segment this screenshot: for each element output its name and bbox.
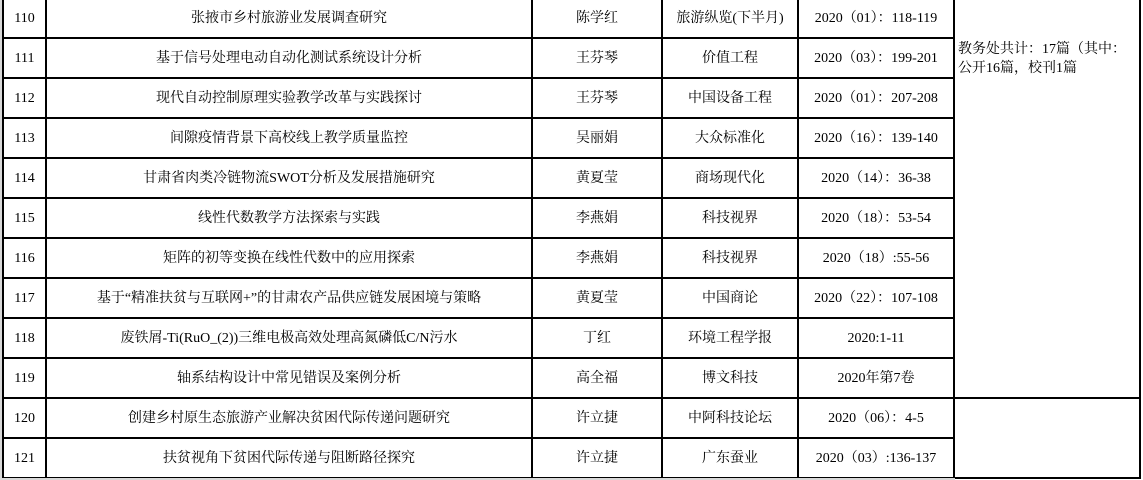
citation-cell: 2020（01）：207-208 <box>799 79 955 119</box>
title-cell: 线性代数教学方法探索与实践 <box>47 199 533 239</box>
seq-cell: 112 <box>4 79 47 119</box>
seq-cell: 116 <box>4 239 47 279</box>
seq-cell: 110 <box>4 0 47 39</box>
journal-cell: 商场现代化 <box>663 159 799 199</box>
journal-cell: 博文科技 <box>663 359 799 399</box>
citation-cell: 2020（03）:136-137 <box>799 439 955 479</box>
citation-cell: 2020（14）：36-38 <box>799 159 955 199</box>
author-cell: 吴丽娟 <box>533 119 663 159</box>
citation-cell: 2020（18）:55-56 <box>799 239 955 279</box>
notes-cell-lower <box>955 399 1141 479</box>
seq-cell: 114 <box>4 159 47 199</box>
author-cell: 李燕娟 <box>533 199 663 239</box>
seq-cell: 120 <box>4 399 47 439</box>
author-cell: 李燕娟 <box>533 239 663 279</box>
journal-cell: 大众标准化 <box>663 119 799 159</box>
title-cell: 扶贫视角下贫困代际传递与阻断路径探究 <box>47 439 533 479</box>
title-cell: 废铁屑-Ti(RuO_(2))三维电极高效处理高氮磷低C/N污水 <box>47 319 533 359</box>
seq-cell: 117 <box>4 279 47 319</box>
author-cell: 王芬琴 <box>533 39 663 79</box>
author-cell: 黄夏莹 <box>533 279 663 319</box>
papers-table: 110 张掖市乡村旅游业发展调查研究 陈学红 旅游纵览(下半月) 2020（01… <box>2 0 955 479</box>
journal-cell: 中国设备工程 <box>663 79 799 119</box>
seq-cell: 121 <box>4 439 47 479</box>
author-cell: 陈学红 <box>533 0 663 39</box>
notes-column: 教务处共计：17篇（其中：公开16篇，校刊1篇 <box>955 0 1141 479</box>
journal-cell: 科技视界 <box>663 239 799 279</box>
seq-cell: 113 <box>4 119 47 159</box>
citation-cell: 2020年第7卷 <box>799 359 955 399</box>
title-cell: 现代自动控制原理实验教学改革与实践探讨 <box>47 79 533 119</box>
citation-cell: 2020（18）：53-54 <box>799 199 955 239</box>
journal-cell: 环境工程学报 <box>663 319 799 359</box>
seq-cell: 111 <box>4 39 47 79</box>
author-cell: 高全福 <box>533 359 663 399</box>
citation-cell: 2020（16）：139-140 <box>799 119 955 159</box>
journal-cell: 中阿科技论坛 <box>663 399 799 439</box>
author-cell: 许立捷 <box>533 399 663 439</box>
journal-cell: 价值工程 <box>663 39 799 79</box>
author-cell: 丁红 <box>533 319 663 359</box>
title-cell: 基于信号处理电动自动化测试系统设计分析 <box>47 39 533 79</box>
citation-cell: 2020:1-11 <box>799 319 955 359</box>
title-cell: 间隙疫情背景下高校线上教学质量监控 <box>47 119 533 159</box>
author-cell: 黄夏莹 <box>533 159 663 199</box>
journal-cell: 中国商论 <box>663 279 799 319</box>
title-cell: 轴系结构设计中常见错误及案例分析 <box>47 359 533 399</box>
title-cell: 基于“精准扶贫与互联网+”的甘肃农产品供应链发展困境与策略 <box>47 279 533 319</box>
seq-cell: 118 <box>4 319 47 359</box>
summary-note: 教务处共计：17篇（其中：公开16篇，校刊1篇 <box>958 40 1138 78</box>
citation-cell: 2020（03）：199-201 <box>799 39 955 79</box>
author-cell: 王芬琴 <box>533 79 663 119</box>
citation-cell: 2020（22）：107-108 <box>799 279 955 319</box>
journal-cell: 科技视界 <box>663 199 799 239</box>
journal-cell: 旅游纵览(下半月) <box>663 0 799 39</box>
seq-cell: 119 <box>4 359 47 399</box>
author-cell: 许立捷 <box>533 439 663 479</box>
journal-cell: 广东蚕业 <box>663 439 799 479</box>
title-cell: 创建乡村原生态旅游产业解决贫困代际传递问题研究 <box>47 399 533 439</box>
notes-cell-upper: 教务处共计：17篇（其中：公开16篇，校刊1篇 <box>955 0 1141 399</box>
seq-cell: 115 <box>4 199 47 239</box>
title-cell: 张掖市乡村旅游业发展调查研究 <box>47 0 533 39</box>
title-cell: 甘肃省肉类冷链物流SWOT分析及发展措施研究 <box>47 159 533 199</box>
title-cell: 矩阵的初等变换在线性代数中的应用探索 <box>47 239 533 279</box>
citation-cell: 2020（06）：4-5 <box>799 399 955 439</box>
citation-cell: 2020（01）：118-119 <box>799 0 955 39</box>
